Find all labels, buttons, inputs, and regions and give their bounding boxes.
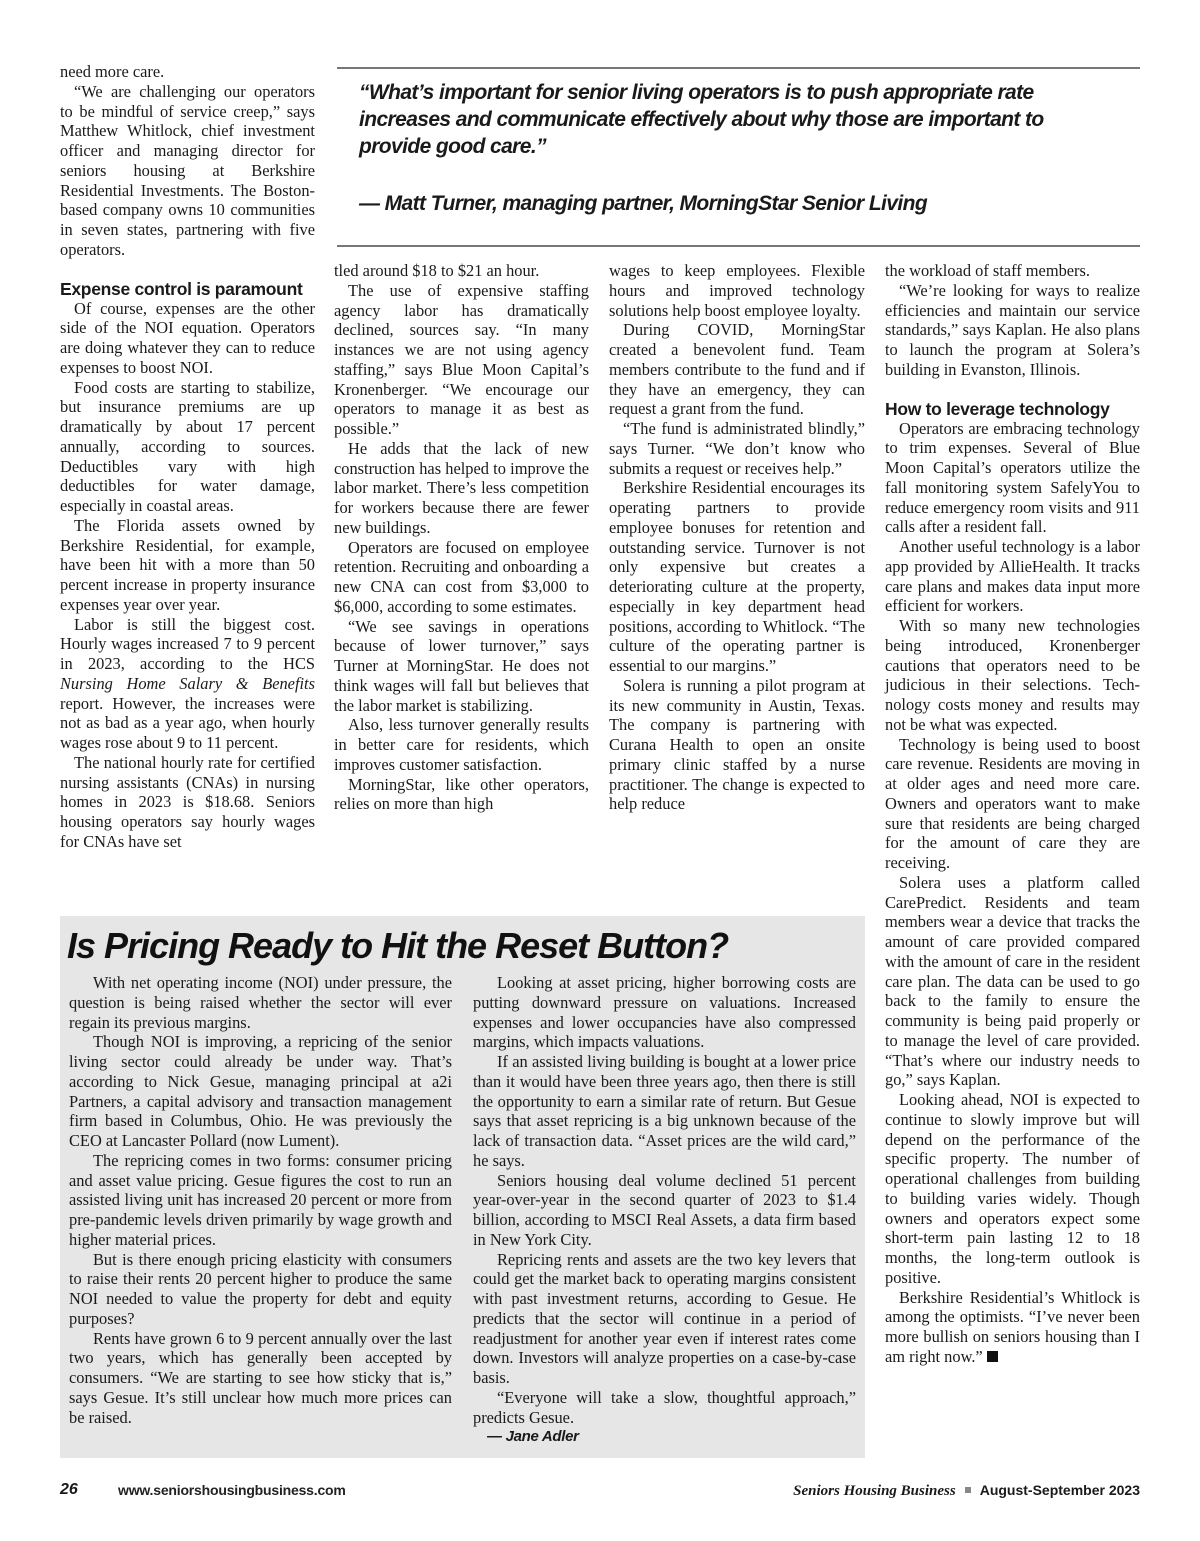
paragraph: need more care. bbox=[60, 62, 315, 82]
report-title: Nursing Home Salary & Ben­efits bbox=[60, 674, 315, 693]
author-byline: — Jane Adler bbox=[473, 1427, 856, 1447]
paragraph: He adds that the lack of new constructio… bbox=[334, 439, 589, 538]
paragraph: Technology is being used to boost care r… bbox=[885, 735, 1140, 873]
pull-quote-text: “What’s important for senior living oper… bbox=[359, 79, 1099, 160]
paragraph: Seniors housing deal volume declined 51 … bbox=[473, 1171, 856, 1250]
paragraph: With net operating income (NOI) under pr… bbox=[69, 973, 452, 1032]
pull-quote-attribution: — Matt Turner, managing partner, Morning… bbox=[359, 190, 1119, 217]
section-heading-technology: How to leverage technology bbox=[885, 399, 1140, 419]
paragraph: wages to keep employees. Flex­ible hours… bbox=[609, 261, 865, 320]
paragraph: “We see savings in opera­tions because o… bbox=[334, 617, 589, 716]
paragraph: Of course, expenses are the other side o… bbox=[60, 299, 315, 378]
text-run: Labor is still the biggest cost. Hourly … bbox=[60, 615, 315, 674]
separator-square-icon bbox=[965, 1487, 971, 1493]
paragraph: Solera is running a pilot pro­gram at it… bbox=[609, 676, 865, 814]
paragraph: Operators are focused on employee retent… bbox=[334, 538, 589, 617]
paragraph: But is there enough pricing elasticity w… bbox=[69, 1250, 452, 1329]
paragraph: With so many new technologies being intr… bbox=[885, 616, 1140, 735]
paragraph: The use of expensive staffing agency lab… bbox=[334, 281, 589, 439]
paragraph: Looking at asset pricing, higher borrowi… bbox=[473, 973, 856, 1052]
sidebar-title: Is Pricing Ready to Hit the Reset Button… bbox=[67, 924, 728, 968]
paragraph: Operators are embracing tech­nology to t… bbox=[885, 419, 1140, 538]
article-column-2: tled around $18 to $21 an hour. The use … bbox=[334, 261, 589, 814]
paragraph: The national hourly rate for cer­tified … bbox=[60, 753, 315, 852]
sidebar-box: Is Pricing Ready to Hit the Reset Button… bbox=[60, 916, 865, 1458]
paragraph: Rents have grown 6 to 9 percent annually… bbox=[69, 1329, 452, 1428]
paragraph: “We are challenging our opera­tors to be… bbox=[60, 82, 315, 260]
paragraph: “We’re looking for ways to real­ize effi… bbox=[885, 281, 1140, 380]
paragraph: MorningStar, like other opera­tors, reli… bbox=[334, 775, 589, 815]
publication-name: Seniors Housing Business bbox=[793, 1483, 956, 1499]
footer-publication-info: Seniors Housing BusinessAugust-September… bbox=[793, 1479, 1140, 1502]
article-column-1: need more care. “We are challenging our … bbox=[60, 62, 315, 852]
paragraph: The repricing comes in two forms: consum… bbox=[69, 1151, 452, 1250]
paragraph: Berkshire Residential encour­ages its op… bbox=[609, 478, 865, 676]
article-column-4: the workload of staff members. “We’re lo… bbox=[885, 261, 1140, 1367]
paragraph: Also, less turnover gener­ally results i… bbox=[334, 715, 589, 774]
paragraph: If an assisted living building is bought… bbox=[473, 1052, 856, 1171]
section-heading-expense-control: Expense control is paramount bbox=[60, 279, 315, 299]
text-run: report. However, the increases were not … bbox=[60, 694, 315, 753]
paragraph: Though NOI is improving, a repricing of … bbox=[69, 1032, 452, 1151]
paragraph: The Florida assets owned by Berkshire Re… bbox=[60, 516, 315, 615]
paragraph: Looking ahead, NOI is expected to contin… bbox=[885, 1090, 1140, 1288]
issue-date: August-September 2023 bbox=[980, 1482, 1140, 1498]
sidebar-column-1: With net operating income (NOI) under pr… bbox=[69, 973, 452, 1427]
paragraph: Another useful technol­ogy is a labor ap… bbox=[885, 537, 1140, 616]
text-run: Berkshire Residential’s Whitlock is amon… bbox=[885, 1288, 1140, 1366]
paragraph: tled around $18 to $21 an hour. bbox=[334, 261, 589, 281]
pull-quote: “What’s important for senior living oper… bbox=[337, 67, 1140, 247]
paragraph-labor: Labor is still the biggest cost. Hourly … bbox=[60, 615, 315, 753]
paragraph: Food costs are starting to sta­bilize, b… bbox=[60, 378, 315, 516]
article-column-3: wages to keep employees. Flex­ible hours… bbox=[609, 261, 865, 814]
paragraph-final: Berkshire Residential’s Whitlock is amon… bbox=[885, 1288, 1140, 1367]
website-link[interactable]: www.seniorshousingbusiness.com bbox=[118, 1479, 346, 1501]
end-mark-icon bbox=[987, 1351, 998, 1362]
paragraph: “The fund is administrated blindly,” say… bbox=[609, 419, 865, 478]
paragraph: the workload of staff members. bbox=[885, 261, 1140, 281]
paragraph: During COVID, MorningStar created a bene… bbox=[609, 320, 865, 419]
paragraph: “Everyone will take a slow, thoughtful a… bbox=[473, 1388, 856, 1428]
page-number: 26 bbox=[60, 1479, 78, 1501]
page-footer: 26 www.seniorshousingbusiness.com Senior… bbox=[60, 1479, 1140, 1501]
paragraph: Repricing rents and assets are the two k… bbox=[473, 1250, 856, 1388]
paragraph: Solera uses a platform called CarePredic… bbox=[885, 873, 1140, 1090]
sidebar-column-2: Looking at asset pricing, higher borrowi… bbox=[473, 973, 856, 1447]
